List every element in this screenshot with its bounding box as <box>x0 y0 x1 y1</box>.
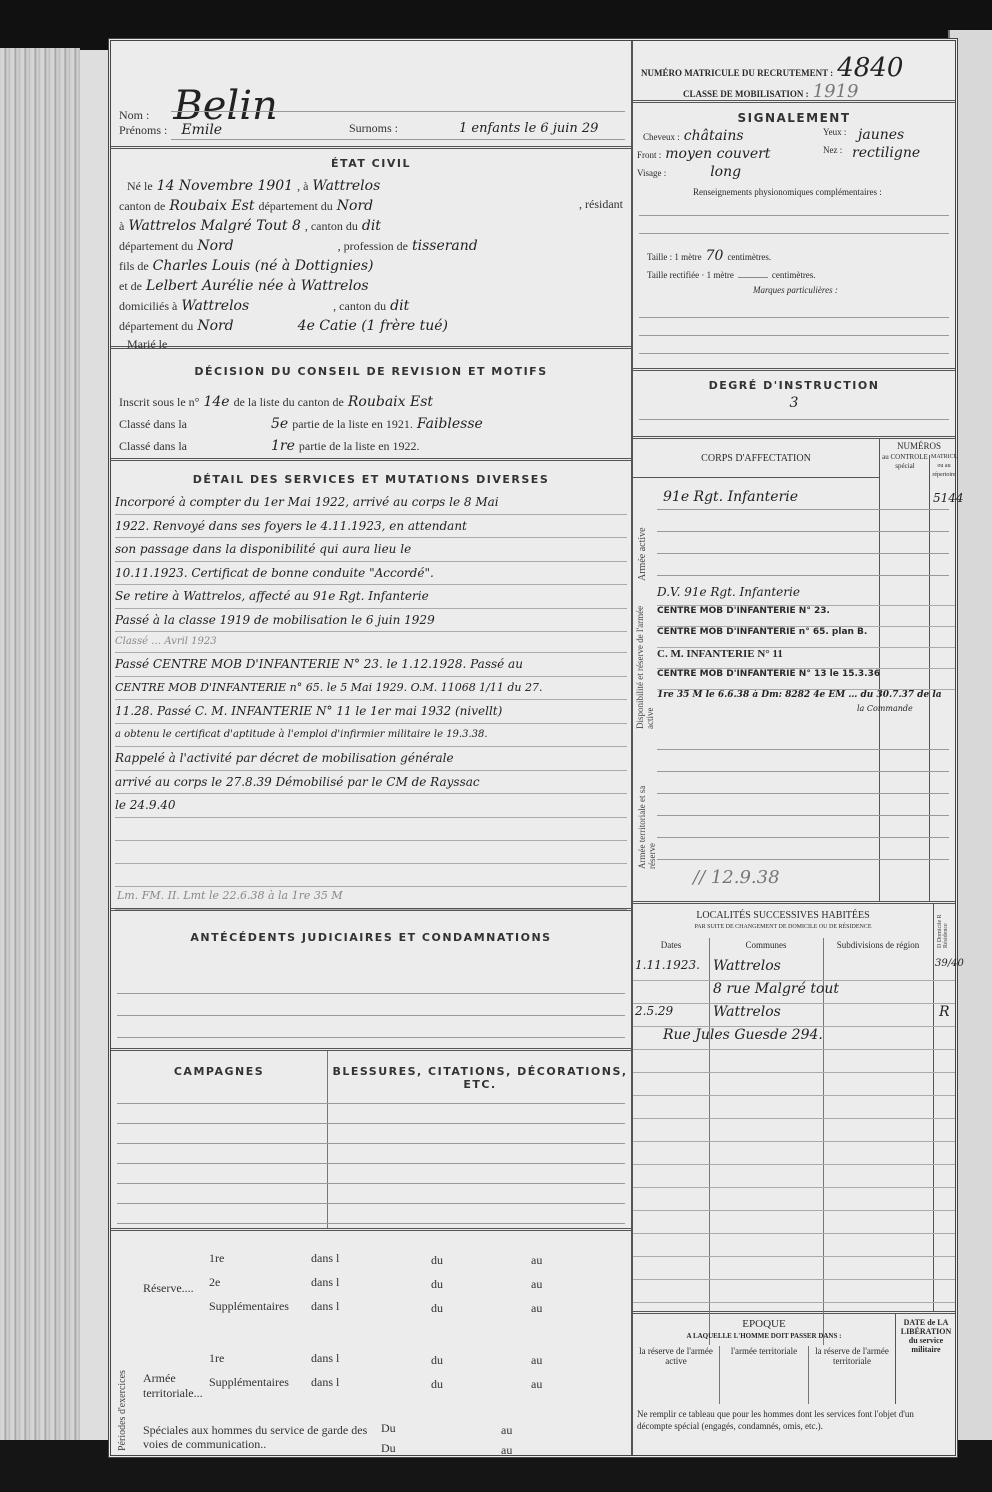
territoriale-supp: Supplémentaires <box>209 1375 299 1390</box>
localite-commune: Rue Jules Guesde 294. <box>663 1027 823 1043</box>
domicilies-value: Wattrelos <box>181 298 249 314</box>
classe1-suffix: partie de la liste en 1921. <box>292 417 413 431</box>
taille-rect-unit: centimètres. <box>772 270 816 280</box>
residence-value: Wattrelos Malgré Tout 8 <box>128 218 301 234</box>
birth-date: 14 Novembre 1901 <box>157 178 293 194</box>
inscrit-suffix: de la liste du canton de <box>234 395 344 409</box>
du-label: du <box>431 1277 443 1292</box>
departement2-value: Nord <box>197 238 233 254</box>
localite-row: 2.5.29 Wattrelos R <box>633 1004 955 1027</box>
epoque-note: Ne remplir ce tableau que pour les homme… <box>637 1408 947 1432</box>
localite-date: 2.5.29 <box>635 1004 673 1018</box>
localite-commune: 8 rue Malgré tout <box>713 981 839 997</box>
territoriale-label: Armée territoriale... <box>143 1371 213 1401</box>
localite-row: 1.11.1923. Wattrelos 39/40 <box>633 958 955 981</box>
fils-label: fils de <box>119 259 149 273</box>
col-communes: Communes <box>709 940 823 950</box>
service-line: 11.28. Passé C. M. INFANTERIE N° 11 le 1… <box>115 700 627 724</box>
nez-value: rectiligne <box>852 145 920 161</box>
campagnes-section: CAMPAGNES BLESSURES, CITATIONS, DÉCORATI… <box>111 1051 631 1231</box>
degre-section: DEGRÉ D'INSTRUCTION 3 <box>633 371 955 439</box>
service-line: le 24.9.40 <box>115 794 627 818</box>
service-line: Rappelé à l'activité par décret de mobil… <box>115 747 627 771</box>
territoriale-note: // 12.9.38 <box>693 867 780 888</box>
degre-value: 3 <box>633 395 955 411</box>
taille-unit: centimètres. <box>727 252 771 262</box>
services-title: DÉTAIL DES SERVICES ET MUTATIONS DIVERSE… <box>111 473 631 486</box>
epoque-subtitle: A LAQUELLE L'HOMME DOIT PASSER DANS : <box>633 1332 895 1340</box>
reserve-label: Réserve.... <box>143 1281 194 1296</box>
localite-commune: Wattrelos <box>713 1004 781 1020</box>
du-label: du <box>431 1377 443 1392</box>
visage-value: long <box>710 164 741 180</box>
localites-section: LOCALITÉS SUCCESSIVES HABITÉES PAR SUITE… <box>633 904 955 1314</box>
blessures-title: BLESSURES, CITATIONS, DÉCORATIONS, ETC. <box>329 1065 631 1091</box>
periodes-section: Périodes d'exercices Réserve.... 1re 2e … <box>111 1231 631 1457</box>
col-subdivisions: Subdivisions de région <box>823 940 933 950</box>
identity-section: Nom : Belin Prénoms : Emile Surnoms : 1 … <box>111 41 631 149</box>
et-de-label: et de <box>119 279 142 293</box>
yeux-value: jaunes <box>858 127 904 143</box>
col-matricule: MATRICULE ou au répertoire <box>931 453 957 480</box>
col-controle: au CONTROLE spécial <box>881 453 929 471</box>
col-reserve-territoriale: la réserve de l'armée territoriale <box>809 1346 895 1366</box>
col-territoriale: l'armée territoriale <box>720 1346 809 1404</box>
canton3-value: dit <box>390 298 409 314</box>
left-column: Nom : Belin Prénoms : Emile Surnoms : 1 … <box>111 41 633 1455</box>
canton-label: canton de <box>119 199 165 213</box>
au-label: au <box>531 1301 542 1316</box>
residence-prefix: à <box>119 219 124 233</box>
inscrit-label: Inscrit sous le n° <box>119 395 199 409</box>
armee-active-label: Armée active <box>637 481 648 581</box>
service-line: a obtenu le certificat d'aptitude à l'em… <box>115 724 627 748</box>
dans-label: dans l <box>311 1351 339 1366</box>
nez-label: Nez : <box>823 145 842 155</box>
corps-section: CORPS D'AFFECTATION NUMÉROS au CONTROLE … <box>633 439 955 904</box>
matricule-value: 4840 <box>837 53 903 83</box>
col-reserve-active: la réserve de l'armée active <box>633 1346 720 1404</box>
residant-label: , résidant <box>579 197 623 212</box>
birth-place: Wattrelos <box>312 178 380 194</box>
father-name: Charles Louis (né à Dottignies) <box>153 258 374 274</box>
du-label: du <box>431 1301 443 1316</box>
territoriale-corps-label: Armée territoriale et sa réserve <box>637 759 657 869</box>
campagnes-title: CAMPAGNES <box>111 1065 327 1078</box>
du-label: du <box>431 1253 443 1268</box>
service-line: Incorporé à compter du 1er Mai 1922, arr… <box>115 491 627 515</box>
nom-label: Nom : <box>119 108 149 122</box>
service-line: 10.11.1923. Certificat de bonne conduite… <box>115 562 627 586</box>
services-section: DÉTAIL DES SERVICES ET MUTATIONS DIVERSE… <box>111 461 631 911</box>
service-line: Se retire à Wattrelos, affecté au 91e Rg… <box>115 585 627 609</box>
dans-label: dans l <box>311 1299 339 1314</box>
periodes-side-label: Périodes d'exercices <box>117 1271 128 1451</box>
service-line: arrivé au corps le 27.8.39 Démobilisé pa… <box>115 771 627 795</box>
armee-active-matricule: 5144 <box>933 491 964 505</box>
front-label: Front : <box>637 150 661 160</box>
departement-label: département du <box>258 199 332 213</box>
localite-row: Rue Jules Guesde 294. <box>633 1027 955 1050</box>
ne-le-label: Né le <box>127 179 153 193</box>
au-label: au <box>531 1377 542 1392</box>
disponibilite-entry: CENTRE MOB D'INFANTERIE N° 13 le 15.3.36 <box>657 669 955 690</box>
signalement-title: SIGNALEMENT <box>633 111 955 125</box>
inscrit-value: 14e <box>203 394 229 410</box>
registry-page: Nom : Belin Prénoms : Emile Surnoms : 1 … <box>108 38 958 1458</box>
dans-label: dans l <box>311 1375 339 1390</box>
cheveux-value: châtains <box>684 128 744 144</box>
canton3-label: , canton du <box>333 299 386 313</box>
localites-title: LOCALITÉS SUCCESSIVES HABITÉES <box>633 910 933 921</box>
surnoms-label: Surnoms : <box>349 121 398 136</box>
epoque-title: EPOQUE <box>633 1318 895 1330</box>
territoriale-1re: 1re <box>209 1351 224 1366</box>
services-footnote: Lm. FM. II. Lmt le 22.6.38 à la 1re 35 M <box>117 889 343 902</box>
classe1-value: 5e <box>271 416 288 432</box>
localites-subtitle: PAR SUITE DE CHANGEMENT DE DOMICILE OU D… <box>633 924 933 930</box>
prenoms-value: Emile <box>181 122 222 138</box>
profession-label: , profession de <box>338 239 408 253</box>
epoque-section: EPOQUE A LAQUELLE L'HOMME DOIT PASSER DA… <box>633 1314 955 1454</box>
mother-name: Lelbert Aurélie née à Wattrelos <box>146 278 369 294</box>
etat-civil-title: ÉTAT CIVIL <box>111 157 631 170</box>
marques-label: Marques particulières : <box>753 285 838 295</box>
classe-label: CLASSE DE MOBILISATION : <box>683 89 809 99</box>
antecedents-title: ANTÉCÉDENTS JUDICIAIRES ET CONDAMNATIONS <box>111 931 631 944</box>
departement3-value: Nord <box>197 318 233 334</box>
profession-value: tisserand <box>412 238 478 254</box>
dans-label: dans l <box>311 1251 339 1266</box>
armee-active-entry: 91e Rgt. Infanterie <box>663 489 798 505</box>
service-line: Passé CENTRE MOB D'INFANTERIE N° 23. le … <box>115 653 627 677</box>
du-label: Du <box>381 1421 396 1436</box>
du-label: du <box>431 1353 443 1368</box>
yeux-label: Yeux : <box>823 127 846 137</box>
decision-section: DÉCISION DU CONSEIL DE REVISION ET MOTIF… <box>111 349 631 461</box>
service-line: son passage dans la disponibilité qui au… <box>115 538 627 562</box>
classe1-label: Classé dans la <box>119 417 187 431</box>
speciales-label: Spéciales aux hommes du service de garde… <box>143 1423 383 1451</box>
col-dates: Dates <box>633 940 709 950</box>
antecedents-section: ANTÉCÉDENTS JUDICIAIRES ET CONDAMNATIONS <box>111 911 631 1051</box>
au-label: au <box>501 1443 512 1458</box>
disponibilite-label: Disponibilité et réserve de l'armée acti… <box>635 589 655 729</box>
matricule-label: NUMÉRO MATRICULE DU RECRUTEMENT : <box>641 68 833 78</box>
disponibilite-entry: la Commande <box>657 704 955 718</box>
disponibilite-entry: CENTRE MOB D'INFANTERIE n° 65. plan B. <box>657 627 955 648</box>
departement3-label: département du <box>119 319 193 333</box>
col-domicile: D Domicile R Résidence <box>937 908 949 948</box>
canton2-value: dit <box>362 218 381 234</box>
au-label: au <box>501 1423 512 1438</box>
prenoms-label: Prénoms : <box>119 123 167 137</box>
signalement-section: SIGNALEMENT Cheveux : châtains Yeux : ja… <box>633 103 955 371</box>
localite-row: 8 rue Malgré tout <box>633 981 955 1004</box>
corps-title: CORPS D'AFFECTATION <box>633 453 879 464</box>
matricule-section: NUMÉRO MATRICULE DU RECRUTEMENT : 4840 C… <box>633 41 955 103</box>
dans-label: dans l <box>311 1275 339 1290</box>
taille-rect-label: Taille rectifiée · 1 mètre <box>647 270 734 280</box>
au-label: au <box>531 1353 542 1368</box>
services-lines: Incorporé à compter du 1er Mai 1922, arr… <box>115 491 627 910</box>
classe-value: 1919 <box>813 81 859 102</box>
liberation-title: DATE de LA LIBÉRATION du service militai… <box>897 1318 955 1354</box>
reserve-2e: 2e <box>209 1275 220 1290</box>
localite-code: 39/40 <box>935 958 964 969</box>
etat-civil-section: ÉTAT CIVIL Né le 14 Novembre 1901 , à Wa… <box>111 149 631 349</box>
du-label: Du <box>381 1441 396 1456</box>
decision-canton: Roubaix Est <box>348 394 433 410</box>
taille-label: Taille : 1 mètre <box>647 252 702 262</box>
service-line: 1922. Renvoyé dans ses foyers le 4.11.19… <box>115 515 627 539</box>
localite-date: 1.11.1923. <box>635 958 700 972</box>
disponibilite-entry: D.V. 91e Rgt. Infanterie <box>657 585 955 606</box>
degre-title: DEGRÉ D'INSTRUCTION <box>633 379 955 392</box>
departement2-label: département du <box>119 239 193 253</box>
complementaires-label: Renseignements physionomiques complément… <box>693 187 882 197</box>
service-line: Passé à la classe 1919 de mobilisation l… <box>115 609 627 633</box>
canton2-label: , canton du <box>305 219 358 233</box>
disponibilite-entry: 1re 35 M le 6.6.38 à Dm: 8282 4e EM … du… <box>657 690 955 704</box>
surnoms-value: 1 enfants le 6 juin 29 <box>459 121 598 136</box>
taille-value: 70 <box>706 248 724 264</box>
classe2-value: 1re <box>271 438 295 454</box>
category-note: 4e Catie (1 frère tué) <box>298 318 448 334</box>
cheveux-label: Cheveux : <box>643 132 680 142</box>
au-label: au <box>531 1277 542 1292</box>
numeros-title: NUMÉROS <box>883 441 955 451</box>
domicilies-label: domiciliés à <box>119 299 177 313</box>
reserve-supp: Supplémentaires <box>209 1299 299 1314</box>
classe2-label: Classé dans la <box>119 439 187 453</box>
reserve-1re: 1re <box>209 1251 224 1266</box>
disponibilite-entry: C. M. INFANTERIE N° 11 <box>657 648 955 669</box>
departement-value: Nord <box>337 198 373 214</box>
book-page-edges <box>0 48 80 1448</box>
classe1-note: Faiblesse <box>417 416 483 432</box>
decision-title: DÉCISION DU CONSEIL DE REVISION ET MOTIF… <box>111 365 631 378</box>
classe2-suffix: partie de la liste en 1922. <box>299 439 420 453</box>
localite-code: R <box>939 1004 950 1020</box>
right-column: NUMÉRO MATRICULE DU RECRUTEMENT : 4840 C… <box>633 41 955 1455</box>
localite-commune: Wattrelos <box>713 958 781 974</box>
service-line-stamp: Classé … Avril 1923 <box>115 632 627 653</box>
a-label: , à <box>297 179 308 193</box>
au-label: au <box>531 1253 542 1268</box>
canton-value: Roubaix Est <box>169 198 254 214</box>
disponibilite-entry: CENTRE MOB D'INFANTERIE N° 23. <box>657 606 955 627</box>
front-value: moyen couvert <box>665 146 770 162</box>
service-line: CENTRE MOB D'INFANTERIE n° 65. le 5 Mai … <box>115 677 627 701</box>
visage-label: Visage : <box>637 168 666 178</box>
